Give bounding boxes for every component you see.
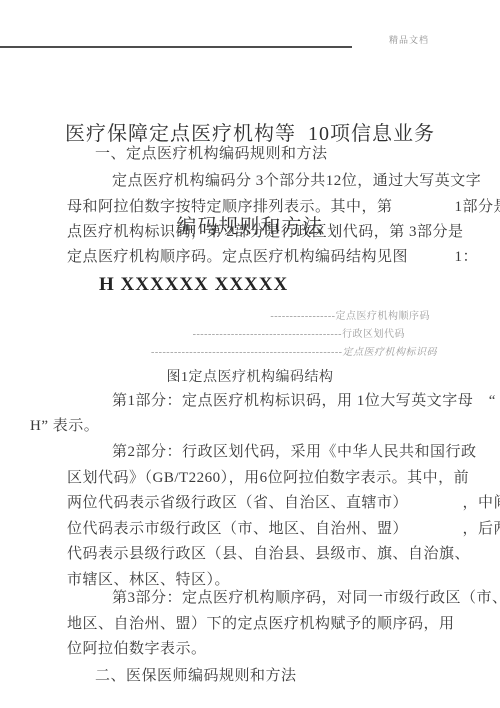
figure-label-sequence-code: -----------------定点医疗机构顺序码 (270, 307, 430, 322)
section1-heading: 一、定点医疗机构编码规则和方法 (95, 142, 328, 163)
part2-line4: 位代码表示市级行政区（市、地区、自治州、盟） ，后两位 (67, 517, 500, 538)
part2-line2: 区划代码》（GB/T2260），用6位阿拉伯数字表示。其中，前 (67, 466, 469, 487)
figure1-caption: 图1定点医疗机构编码结构 (0, 366, 500, 386)
paragraph1-line3: 点医疗机构标识码，第 2部分是行政区划代码，第 3部分是 (67, 220, 464, 241)
figure-label-identifier-code: ----------------------------------------… (151, 343, 437, 358)
part2-line1: 第2部分：行政区划代码，采用《中华人民共和国行政 (112, 440, 477, 461)
part1-line2: H” 表示。 (30, 414, 99, 435)
watermark-text: 精品文档 (389, 33, 429, 46)
part3-line2: 地区、自治州、盟）下的定点医疗机构赋予的顺序码，用 (67, 612, 455, 633)
part2-line3: 两位代码表示省级行政区（省、自治区、直辖市） ，中间两 (67, 491, 500, 512)
paragraph1-line1: 定点医疗机构编码分 3个部分共12位，通过大写英文字 (112, 169, 481, 190)
header-divider (0, 46, 352, 48)
paragraph1-line2: 母和阿拉伯数字按特定顺序排列表示。其中，第 1部分是定 (67, 195, 500, 216)
part1-line1: 第1部分：定点医疗机构标识码，用 1位大写英文字母 “ (112, 389, 496, 410)
figure-label-admin-division-code: ---------------------------------------行… (193, 325, 405, 340)
code-structure-example: H XXXXXX XXXXX (99, 274, 288, 296)
section2-heading: 二、医保医师编码规则和方法 (95, 664, 297, 685)
document-page: 精品文档 医疗保障定点医疗机构等 10项信息业务 编码规则和方法 一、定点医疗机… (0, 0, 500, 708)
paragraph1-line4: 定点医疗机构顺序码。定点医疗机构编码结构见图 1： (67, 245, 478, 266)
part3-line1: 第3部分：定点医疗机构顺序码，对同一市级行政区（市、 (112, 586, 500, 607)
part3-line3: 位阿拉伯数字表示。 (67, 637, 207, 658)
part2-line5: 代码表示县级行政区（县、自治县、县级市、旗、自治旗、 (67, 542, 470, 563)
